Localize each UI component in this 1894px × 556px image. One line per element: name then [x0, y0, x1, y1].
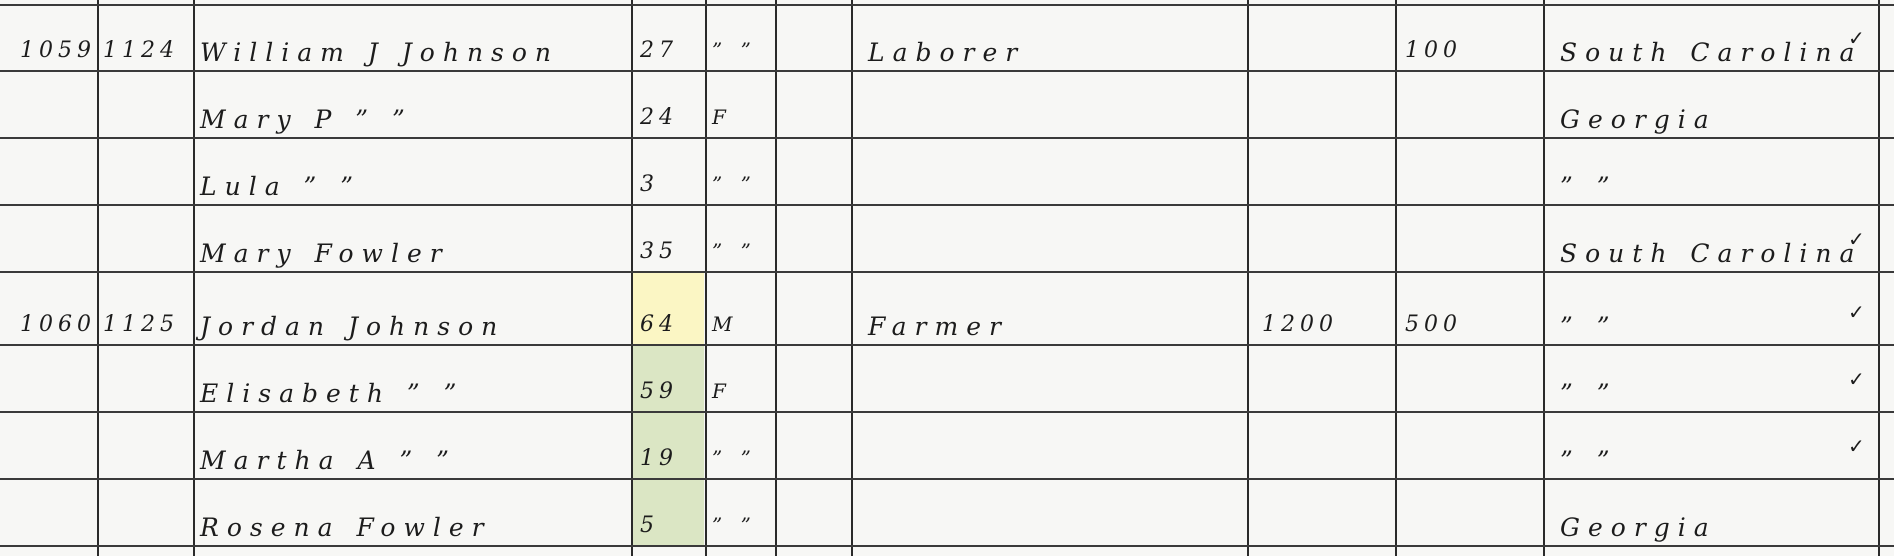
- cell-sex: F: [712, 379, 732, 403]
- cell-age: 3: [640, 172, 659, 197]
- row-divider: [0, 204, 1894, 206]
- row-divider: [0, 137, 1894, 139]
- column-divider: [851, 0, 853, 556]
- column-divider: [1247, 0, 1249, 556]
- column-divider: [775, 0, 777, 556]
- cell-dwelling: 1059: [20, 38, 96, 63]
- cell-sex: ” ”: [712, 38, 757, 62]
- cell-birthplace: South Carolina: [1560, 38, 1862, 67]
- check-mark-icon: ✓: [1848, 434, 1865, 458]
- cell-sex: ” ”: [712, 172, 757, 196]
- row-divider: [0, 271, 1894, 273]
- column-divider: [97, 0, 99, 556]
- column-divider: [705, 0, 707, 556]
- check-mark-icon: ✓: [1848, 26, 1865, 50]
- row-divider: [0, 4, 1894, 6]
- cell-family: 1124: [103, 38, 179, 63]
- cell-dwelling: 1060: [20, 312, 96, 337]
- cell-age: 64: [640, 312, 678, 337]
- row-divider: [0, 411, 1894, 413]
- cell-family: 1125: [103, 312, 179, 337]
- cell-name: Lula ” ”: [200, 172, 361, 201]
- column-divider: [193, 0, 195, 556]
- cell-name: Mary P ” ”: [200, 105, 413, 134]
- cell-age: 27: [640, 38, 678, 63]
- cell-personal-estate: 500: [1405, 312, 1462, 337]
- cell-name: Elisabeth ” ”: [200, 379, 464, 408]
- cell-age: 35: [640, 239, 678, 264]
- check-mark-icon: ✓: [1848, 367, 1865, 391]
- row-divider: [0, 545, 1894, 547]
- cell-birthplace: Georgia: [1560, 513, 1717, 542]
- cell-age: 19: [640, 446, 678, 471]
- cell-birthplace: ” ”: [1560, 446, 1618, 475]
- cell-birthplace: ” ”: [1560, 172, 1618, 201]
- column-divider: [1878, 0, 1880, 556]
- column-divider: [631, 0, 633, 556]
- cell-name: Jordan Johnson: [200, 312, 505, 341]
- cell-personal-estate: 100: [1405, 38, 1462, 63]
- cell-name: Rosena Fowler: [200, 513, 492, 542]
- cell-birthplace: ” ”: [1560, 312, 1618, 341]
- column-divider: [1395, 0, 1397, 556]
- cell-occupation: Laborer: [868, 38, 1025, 67]
- cell-birthplace: ” ”: [1560, 379, 1618, 408]
- cell-name: Martha A ” ”: [200, 446, 457, 475]
- census-sheet: 10591124William J Johnson27” ”Laborer100…: [0, 0, 1894, 556]
- cell-name: Mary Fowler: [200, 239, 450, 268]
- cell-name: William J Johnson: [200, 38, 559, 67]
- cell-sex: ” ”: [712, 446, 757, 470]
- cell-age: 5: [640, 513, 659, 538]
- row-divider: [0, 70, 1894, 72]
- column-divider: [1543, 0, 1545, 556]
- cell-sex: ” ”: [712, 239, 757, 263]
- cell-birthplace: South Carolina: [1560, 239, 1862, 268]
- check-mark-icon: ✓: [1848, 227, 1865, 251]
- row-divider: [0, 344, 1894, 346]
- check-mark-icon: ✓: [1848, 300, 1865, 324]
- cell-age: 59: [640, 379, 678, 404]
- cell-sex: ” ”: [712, 513, 757, 537]
- cell-birthplace: Georgia: [1560, 105, 1717, 134]
- cell-sex: F: [712, 105, 732, 129]
- cell-occupation: Farmer: [868, 312, 1009, 341]
- cell-real-estate: 1200: [1262, 312, 1338, 337]
- cell-age: 24: [640, 105, 678, 130]
- cell-sex: M: [712, 312, 738, 336]
- row-divider: [0, 478, 1894, 480]
